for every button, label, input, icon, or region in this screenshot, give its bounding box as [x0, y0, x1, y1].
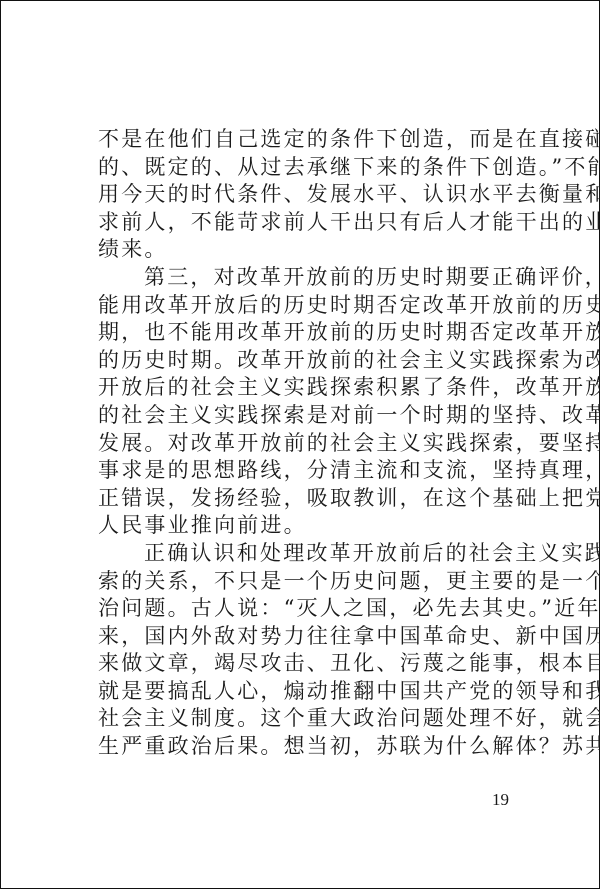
- text-line: 的、既定的、从过去承继下来的条件下创造。”不能: [98, 154, 518, 182]
- body-text: 不是在他们自己选定的条件下创造，而是在直接碰到 的、既定的、从过去承继下来的条件…: [98, 126, 518, 761]
- text-line: 人民事业推向前进。: [98, 512, 518, 540]
- text-line: 来做文章，竭尽攻击、丑化、污蔑之能事，根本目的: [98, 650, 518, 678]
- text-line: 就是要搞乱人心，煽动推翻中国共产党的领导和我国: [98, 678, 518, 706]
- text-line: 绩来。: [98, 236, 518, 264]
- paragraph-first-line: 第三，对改革开放前的历史时期要正确评价，不: [98, 264, 518, 292]
- page-number: 19: [492, 790, 509, 810]
- text-line: 用今天的时代条件、发展水平、认识水平去衡量和要: [98, 181, 518, 209]
- text-line: 开放后的社会主义实践探索积累了条件，改革开放后: [98, 374, 518, 402]
- text-line: 期，也不能用改革开放前的历史时期否定改革开放后: [98, 319, 518, 347]
- text-line: 的历史时期。改革开放前的社会主义实践探索为改革: [98, 347, 518, 375]
- text-line: 正错误，发扬经验，吸取教训，在这个基础上把党和: [98, 485, 518, 513]
- text-line: 治问题。古人说：“灭人之国，必先去其史。”近年: [98, 595, 518, 623]
- text-line: 索的关系，不只是一个历史问题，更主要的是一个政: [98, 568, 518, 596]
- text-line: 的社会主义实践探索是对前一个时期的坚持、改革、: [98, 402, 518, 430]
- text-line: 能用改革开放后的历史时期否定改革开放前的历史时: [98, 292, 518, 320]
- text-line: 生严重政治后果。想当初，苏联为什么解体？苏共为: [98, 733, 518, 761]
- book-page: 不是在他们自己选定的条件下创造，而是在直接碰到 的、既定的、从过去承继下来的条件…: [0, 0, 600, 889]
- text-line: 不是在他们自己选定的条件下创造，而是在直接碰到: [98, 126, 518, 154]
- text-line: 社会主义制度。这个重大政治问题处理不好，就会产: [98, 705, 518, 733]
- text-line: 求前人，不能苛求前人干出只有后人才能干出的业: [98, 209, 518, 237]
- text-line: 事求是的思想路线，分清主流和支流，坚持真理，修: [98, 457, 518, 485]
- text-line: 来，国内外敌对势力往往拿中国革命史、新中国历史: [98, 623, 518, 651]
- text-line: 发展。对改革开放前的社会主义实践探索，要坚持实: [98, 430, 518, 458]
- paragraph-first-line: 正确认识和处理改革开放前后的社会主义实践探: [98, 540, 518, 568]
